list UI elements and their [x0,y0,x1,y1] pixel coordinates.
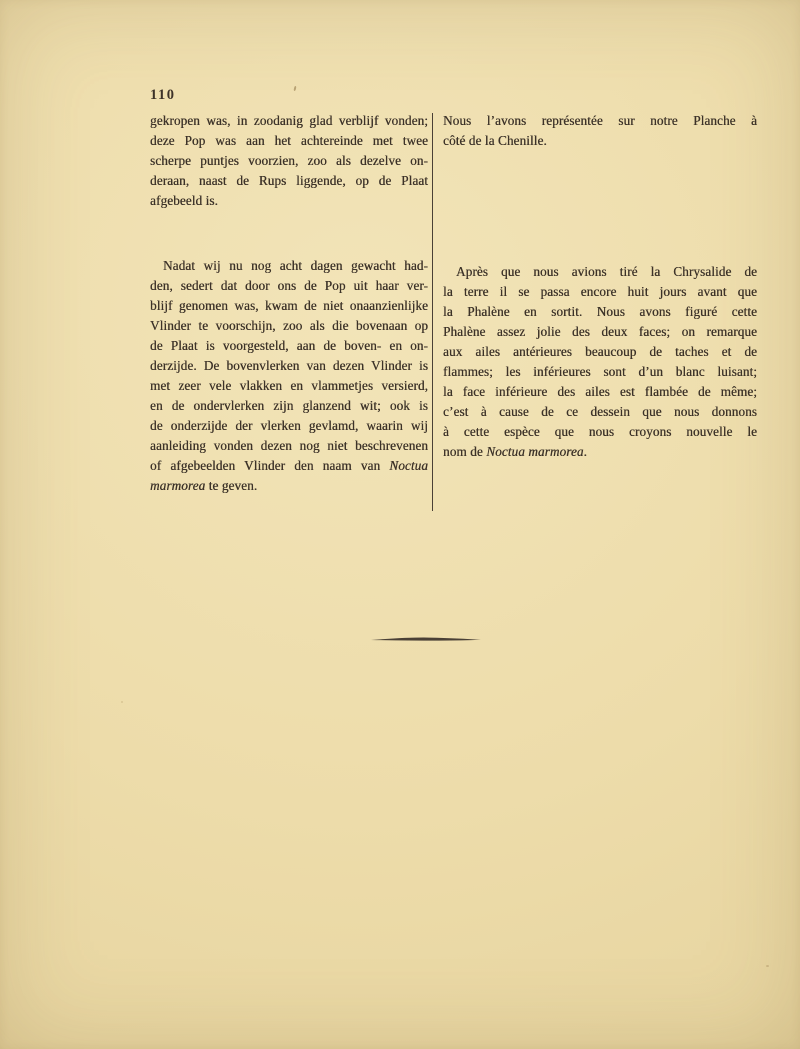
text-line: de Plaat is voorgesteld, aan de boven- e… [150,336,428,356]
dutch-paragraph-1: gekropen was, in zoodanig glad verblijf … [150,111,428,211]
paper-speck [766,965,769,967]
text-line: marmorea te geven. [150,476,428,496]
text-line: Vlinder te voorschijn, zoo als die boven… [150,316,428,336]
text-line: nom de Noctua marmorea. [443,442,757,462]
text-line: c’est à cause de ce dessein que nous don… [443,402,757,422]
text-line: den, sedert dat door ons de Pop uit haar… [150,276,428,296]
text-line: la face inférieure des ailes est flambée… [443,382,757,402]
text-line: aux ailes antérieures beaucoup de taches… [443,342,757,362]
text-line: Nadat wij nu nog acht dagen gewacht had- [150,256,428,276]
paper-speck [121,701,123,703]
text-line: deze Pop was aan het achtereinde met twe… [150,131,428,151]
section-end-rule [371,636,481,644]
text-line: aanleiding vonden dezen nog niet beschre… [150,436,428,456]
text-line: afgebeeld is. [150,191,428,211]
text-line: Après que nous avions tiré la Chrysalide… [443,262,757,282]
text-line: blijf genomen was, kwam de niet onaanzie… [150,296,428,316]
text-line: of afgebeelden Vlinder den naam van Noct… [150,456,428,476]
text-line: gekropen was, in zoodanig glad verblijf … [150,111,428,131]
text-line: de onderzijde der vlerken gevlamd, waari… [150,416,428,436]
species-name-italic: marmorea [150,478,205,493]
left-column-dutch: gekropen was, in zoodanig glad verblijf … [150,111,428,496]
french-paragraph-1: Nous l’avons représentée sur notre Planc… [443,111,757,151]
french-paragraph-2: Après que nous avions tiré la Chrysalide… [443,262,757,462]
text-line: en de ondervlerken zijn glanzend wit; oo… [150,396,428,416]
text-line: Phalène assez jolie des deux faces; on r… [443,322,757,342]
dutch-paragraph-2: Nadat wij nu nog acht dagen gewacht had-… [150,256,428,496]
text-line: deraan, naast de Rups liggende, op de Pl… [150,171,428,191]
text-line: Nous l’avons représentée sur notre Planc… [443,111,757,131]
text-line: met zeer vele vlakken en vlammetjes vers… [150,376,428,396]
text-line: la terre il se passa encore huit jours a… [443,282,757,302]
text-line: scherpe puntjes voorzien, zoo als dezelv… [150,151,428,171]
text-line: côté de la Chenille. [443,131,757,151]
column-divider-rule [432,113,433,511]
species-name-italic: Noctua marmorea [486,444,583,459]
right-column-french: Nous l’avons représentée sur notre Planc… [443,111,757,462]
paper-speck [293,86,296,91]
text-line: à cette espèce que nous croyons nouvelle… [443,422,757,442]
species-name-italic: Noctua [389,458,428,473]
text-line: flammes; les inférieures sont d’un blanc… [443,362,757,382]
text-line: derzijde. De bovenvlerken van dezen Vlin… [150,356,428,376]
text-line: la Phalène en sortit. Nous avons figuré … [443,302,757,322]
book-page-scan: 110 gekropen was, in zoodanig glad verbl… [0,0,800,1049]
page-number: 110 [150,87,175,104]
